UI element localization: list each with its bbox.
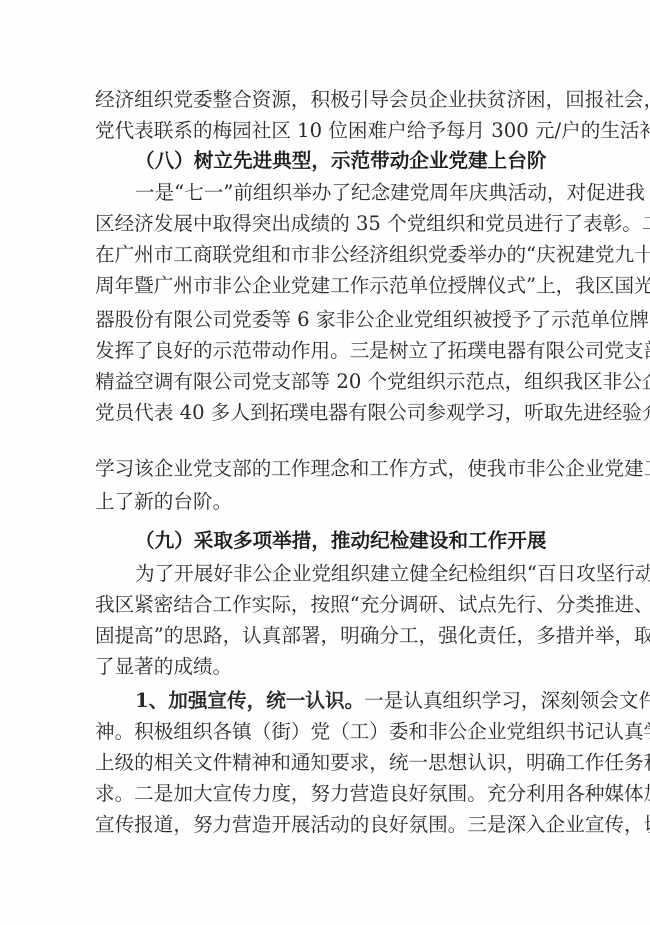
subsection-lead: 1、加强宣传，统一认识。 — [135, 689, 364, 712]
section-heading-9: （九）采取多项举措，推动纪检建设和工作开展 — [135, 529, 557, 553]
body-line: 经济组织党委整合资源，积极引导会员企业扶贫济困，回报社会，对 — [95, 88, 557, 112]
body-line: 区经济发展中取得突出成绩的 35 个党组织和党员进行了表彰。二是 — [95, 212, 557, 236]
body-line: 固提高”的思路，认真部署，明确分工，强化责任，多措并举，取得 — [95, 624, 557, 648]
paragraph-start-line: 为了开展好非公企业党组织建立健全纪检组织“百日攻坚行动”， — [135, 562, 557, 586]
body-line: 器股份有限公司党委等 6 家非公企业党组织被授予了示范单位牌匾， — [95, 308, 557, 332]
body-line: 学习该企业党支部的工作理念和工作方式，使我市非公企业党建工作 — [95, 457, 557, 481]
paragraph-start-line-bold-lead: 1、加强宣传，统一认识。一是认真组织学习，深刻领会文件精 — [135, 689, 557, 713]
paragraph-start-line: 一是“七一”前组织举办了纪念建党周年庆典活动，对促进我 — [135, 181, 557, 205]
section-heading-8: （八）树立先进典型，示范带动企业党建上台阶 — [135, 149, 557, 173]
body-line: 党员代表 40 多人到拓璞电器有限公司参观学习，听取先进经验介绍， — [95, 401, 557, 425]
body-line: 上了新的台阶。 — [95, 490, 557, 514]
body-line: 在广州市工商联党组和市非公经济组织党委举办的“庆祝建党九十二 — [95, 243, 557, 267]
body-line: 周年暨广州市非公企业党建工作示范单位授牌仪式”上，我区国光电 — [95, 274, 557, 298]
body-line: 上级的相关文件精神和通知要求，统一思想认识，明确工作任务和要 — [95, 751, 557, 775]
body-line: 党代表联系的梅园社区 10 位困难户给予每月 300 元/户的生活补助。 — [95, 119, 557, 143]
body-line: 了显著的成绩。 — [95, 655, 557, 679]
body-line: 发挥了良好的示范带动作用。三是树立了拓璞电器有限公司党支部、 — [95, 339, 557, 363]
body-line: 我区紧密结合工作实际，按照“充分调研、试点先行、分类推进、巩 — [95, 593, 557, 617]
body-line: 求。二是加大宣传力度，努力营造良好氛围。充分利用各种媒体加强 — [95, 782, 557, 806]
body-line: 宣传报道，努力营造开展活动的良好氛围。三是深入企业宣传，切实 — [95, 813, 557, 837]
body-line: 神。积极组织各镇（街）党（工）委和非公企业党组织书记认真学习 — [95, 720, 557, 744]
body-line: 精益空调有限公司党支部等 20 个党组织示范点，组织我区非公企业 — [95, 370, 557, 394]
document-page: 经济组织党委整合资源，积极引导会员企业扶贫济困，回报社会，对 党代表联系的梅园社… — [0, 0, 650, 925]
body-text: 一是认真组织学习，深刻领会文件精 — [364, 689, 650, 712]
